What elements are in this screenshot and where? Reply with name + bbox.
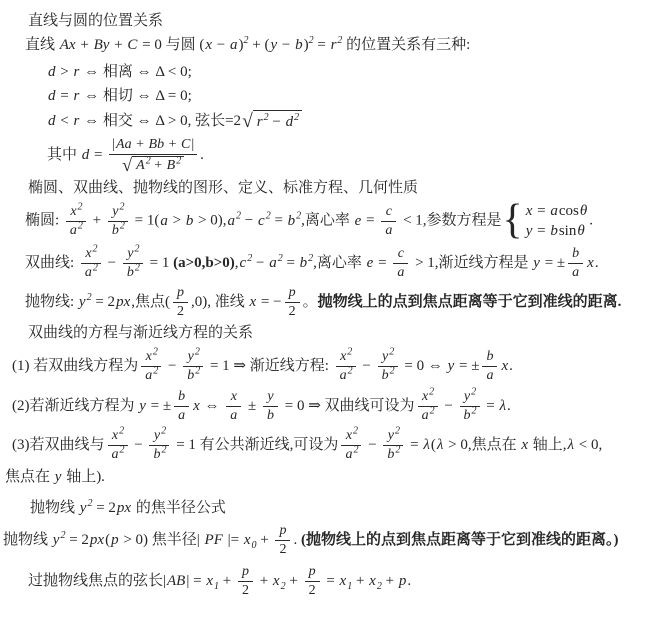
asymptote-case-3: (3)若双曲线与x2a2 − y2b2 = 1 有公共渐近线,可设为x2a2 −… [12,428,650,463]
focal-chord-formula: 过抛物线焦点的弦长|AB| = x1 + p2 + x2 + p2 = x1 +… [28,564,650,599]
asymptote-case-1: (1) 若双曲线方程为x2a2 − y2b2 = 1 ⇒ 渐近线方程: x2a2… [12,349,650,384]
asymptote-case-2: (2)若渐近线方程为 y = ±bax ⇔ xa ± yb = 0 ⇒ 双曲线可… [12,389,650,424]
focal-radius-formula: 抛物线 y2 = 2px(p > 0) 焦半径| PF |= x0 + p2. … [3,523,650,558]
parabola-properties: 抛物线: y2 = 2px,焦点(p2,0), 准线 x = −p2。抛物线上的… [25,285,650,320]
section-title-focal-radius: 抛物线 y2 = 2px 的焦半径公式 [30,498,650,519]
section-title-line-circle: 直线与圆的位置关系 [28,11,650,32]
line-circle-relation-intro: 直线 Ax + By + C = 0 与圆 (x − a)2 + (y − b)… [25,35,650,56]
asymptote-case-3-continued: 焦点在 y 轴上). [5,467,650,488]
distance-formula: 其中 d = |Aa + Bb + C|√A2 + B2. [47,137,650,174]
relation-tangent: d = r ⇔ 相切 ⇔ Δ = 0; [47,86,650,107]
section-title-conics: 椭圆、双曲线、抛物线的图形、定义、标准方程、几何性质 [28,178,650,199]
relation-separate: d > r ⇔ 相离 ⇔ Δ < 0; [47,62,650,83]
section-title-asymptote: 双曲线的方程与渐近线方程的关系 [28,323,650,344]
hyperbola-properties: 双曲线: x2a2 − y2b2 = 1 (a>0,b>0),c2 − a2 =… [25,246,650,281]
relation-intersect: d < r ⇔ 相交 ⇔ Δ > 0, 弦长=2√r2 − d2 [47,110,650,133]
cases-brace-group: {x = acosθy = bsinθ [503,201,589,241]
document-page: 直线与圆的位置关系 直线 Ax + By + C = 0 与圆 (x − a)2… [0,0,650,599]
radical: √A2 + B2 [122,156,184,174]
radical: √r2 − d2 [242,110,302,133]
ellipse-properties: 椭圆: x2a2 + y2b2 = 1(a > b > 0),a2 − c2 =… [25,201,650,241]
